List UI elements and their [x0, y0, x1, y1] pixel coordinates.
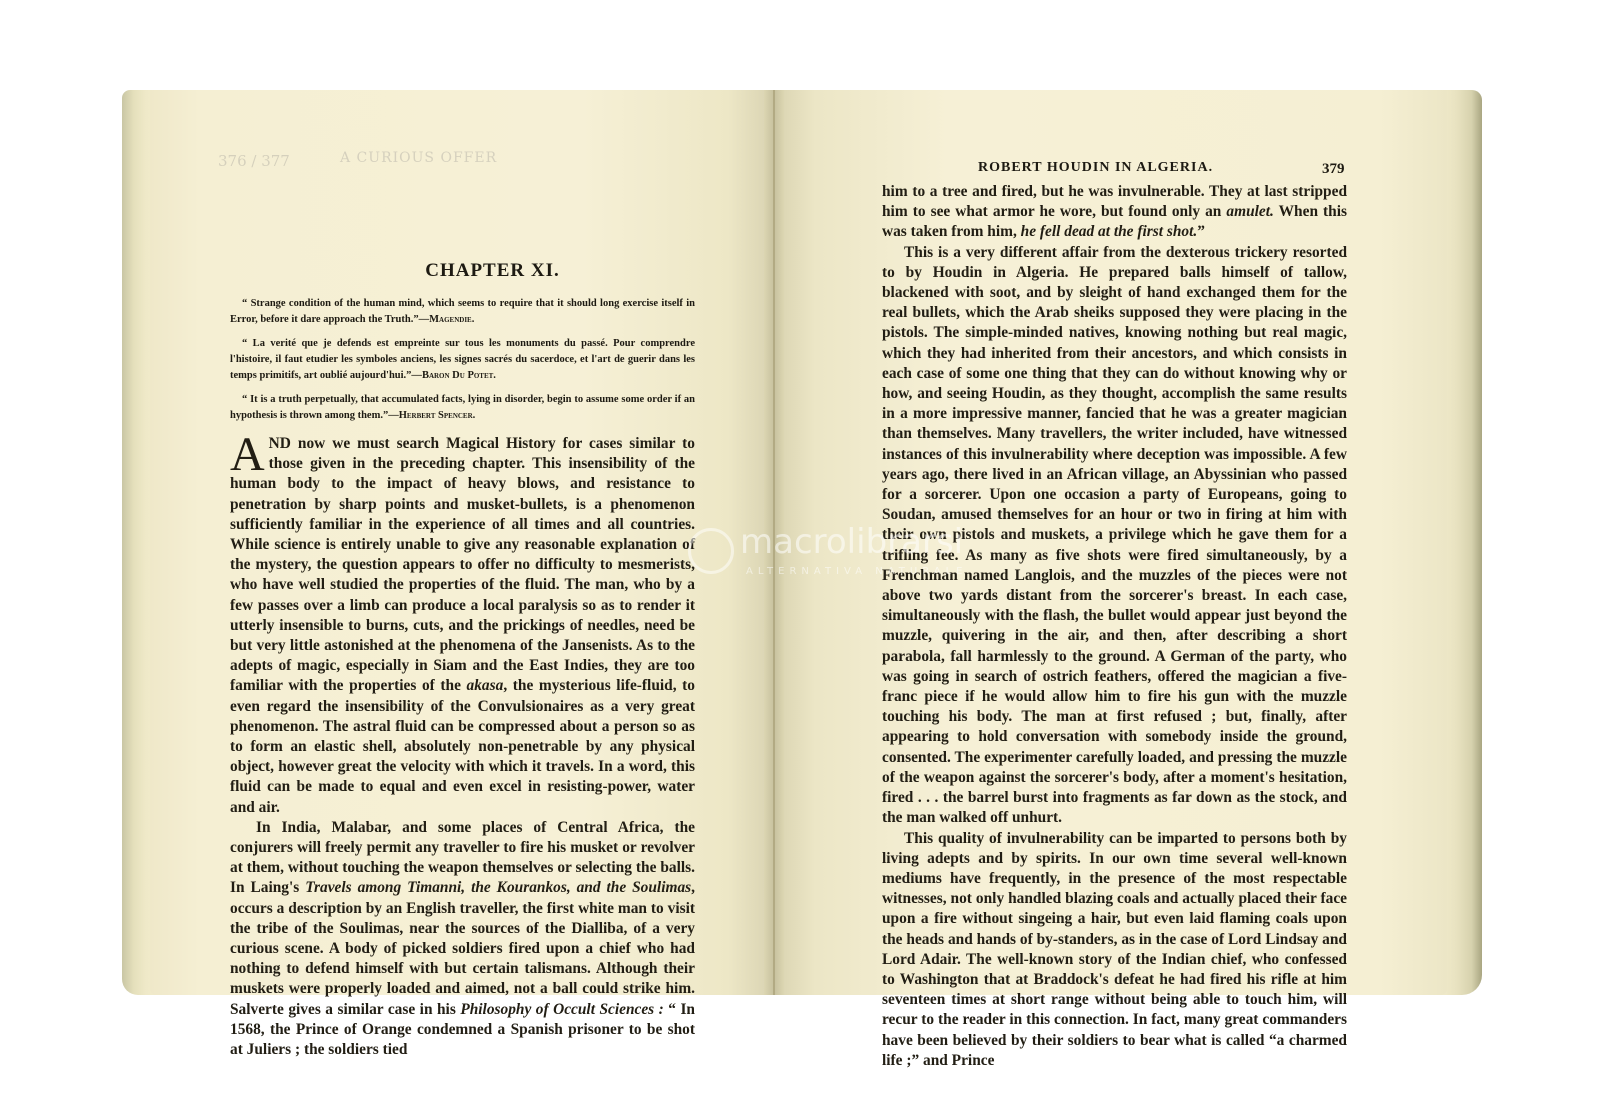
- book-title-italic: Philosophy of Occult Sciences :: [460, 1001, 663, 1018]
- epigraph: “ It is a truth perpetually, that accumu…: [230, 392, 695, 424]
- paragraph: him to a tree and fired, but he was invu…: [882, 182, 1347, 243]
- ghost-running-head: A CURIOUS OFFER: [340, 150, 497, 166]
- right-page-text: him to a tree and fired, but he was invu…: [882, 182, 1347, 1071]
- running-head: ROBERT HOUDIN IN ALGERIA.: [978, 160, 1213, 176]
- page-number: 379: [1322, 161, 1345, 178]
- italic-term: akasa: [467, 677, 504, 694]
- drop-cap: A: [230, 436, 265, 474]
- epigraph-attribution: Baron Du Potet.: [422, 370, 496, 381]
- text-run: , the mysterious life-fluid, to even reg…: [230, 677, 695, 815]
- epigraph-attribution: Herbert Spencer.: [399, 410, 476, 421]
- chapter-title: CHAPTER XI.: [290, 260, 695, 282]
- text-run: , occurs a description by an English tra…: [230, 879, 695, 1017]
- epigraph: “ La verité que je defends est empreinte…: [230, 336, 695, 384]
- watermark-logo-icon: [688, 528, 734, 574]
- open-book: 376 / 377 A CURIOUS OFFER CHAPTER XI. “ …: [0, 0, 1600, 1108]
- watermark-tagline: ALTERNATIVA NATURALE: [746, 566, 967, 577]
- epigraph-attribution: Magendie.: [429, 314, 474, 325]
- italic-phrase: he fell dead at the first shot.: [1021, 223, 1198, 240]
- paragraph: In India, Malabar, and some places of Ce…: [230, 818, 695, 1060]
- text-run: ND now we must search Magical History fo…: [230, 435, 695, 694]
- italic-term: amulet.: [1226, 203, 1273, 220]
- paragraph: This quality of invulnerability can be i…: [882, 829, 1347, 1071]
- body-text: AND now we must search Magical History f…: [230, 434, 695, 1060]
- watermark-brand: macrolibrarsi: [740, 522, 963, 562]
- ghost-page-number: 376 / 377: [218, 152, 290, 170]
- book-title-italic: Travels among Timanni, the Kourankos, an…: [305, 879, 691, 896]
- epigraph: “ Strange condition of the human mind, w…: [230, 296, 695, 328]
- body-text: him to a tree and fired, but he was invu…: [882, 182, 1347, 1071]
- text-run: ”: [1197, 223, 1205, 240]
- left-page-text: CHAPTER XI. “ Strange condition of the h…: [230, 260, 695, 1060]
- paragraph: AND now we must search Magical History f…: [230, 434, 695, 818]
